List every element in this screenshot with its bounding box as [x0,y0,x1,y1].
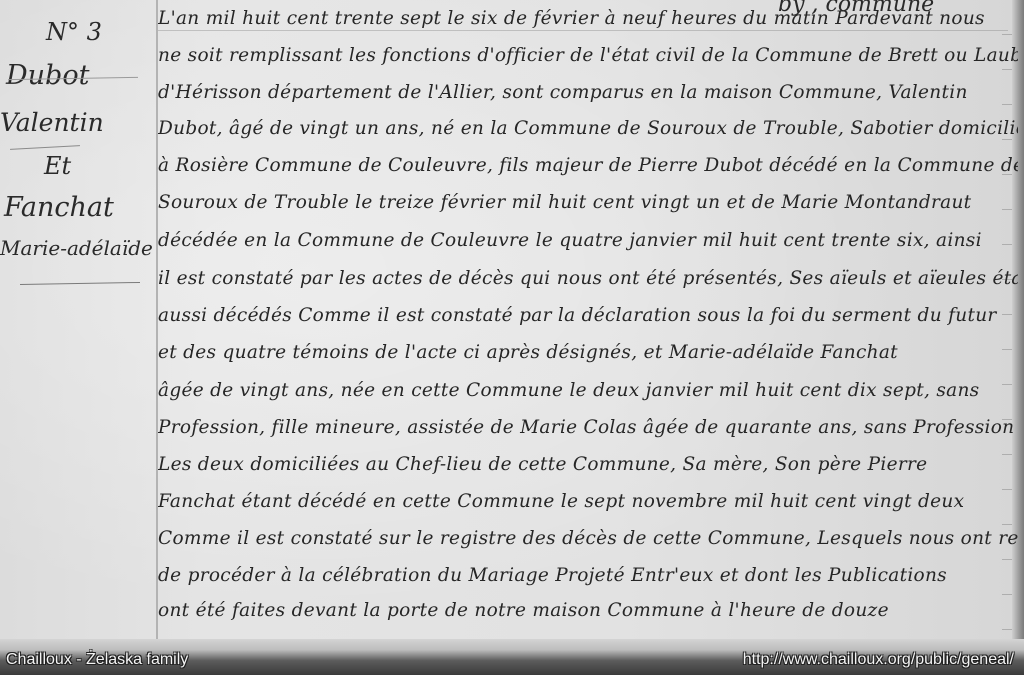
record-number: N° 3 [46,18,102,46]
record-line: à Rosière Commune de Couleuvre, fils maj… [158,155,1018,176]
groom-given-name: Valentin [0,108,104,137]
record-line: Dubot, âgé de vingt un ans, né en la Com… [158,118,1018,139]
watermark-url: http://www.chailloux.org/public/geneal/ [743,651,1014,669]
margin-conjunction: Et [44,152,71,180]
record-line: Profession, fille mineure, assistée de M… [158,417,1018,438]
ruled-line [158,30,1008,31]
record-line: et des quatre témoins de l'acte ci après… [158,342,1018,363]
bride-surname: Fanchat [4,192,114,223]
groom-surname: Dubot [6,60,89,91]
record-line: Souroux de Trouble le treize février mil… [158,192,1018,213]
scanned-manuscript-page: N° 3 Dubot Valentin Et Fanchat Marie-adé… [0,0,1024,675]
record-line: ne soit remplissant les fonctions d'offi… [158,45,1018,66]
record-line: d'Hérisson département de l'Allier, sont… [158,82,1018,103]
record-body: by , commune L'an mil huit cent trente s… [158,0,1008,640]
record-line: décédée en la Commune de Couleuvre le qu… [158,230,1018,251]
record-line: aussi décédés Comme il est constaté par … [158,305,1018,326]
record-line: ont été faites devant la porte de notre … [158,600,1018,621]
record-line: il est constaté par les actes de décès q… [158,268,1018,289]
record-line: de procéder à la célébration du Mariage … [158,565,1018,586]
bride-given-name: Marie-adélaïde [0,236,153,260]
watermark-family-name: Chailloux - Żelaska family [6,651,188,669]
record-line: Fanchat étant décédé en cette Commune le… [158,491,1018,512]
record-line: âgée de vingt ans, née en cette Commune … [158,380,1018,401]
record-line: Comme il est constaté sur le registre de… [158,528,1018,549]
margin-divider [20,282,140,285]
record-line: Les deux domiciliées au Chef-lieu de cet… [158,454,1018,475]
record-line: L'an mil huit cent trente sept le six de… [158,8,1018,29]
margin-underline [10,145,80,150]
